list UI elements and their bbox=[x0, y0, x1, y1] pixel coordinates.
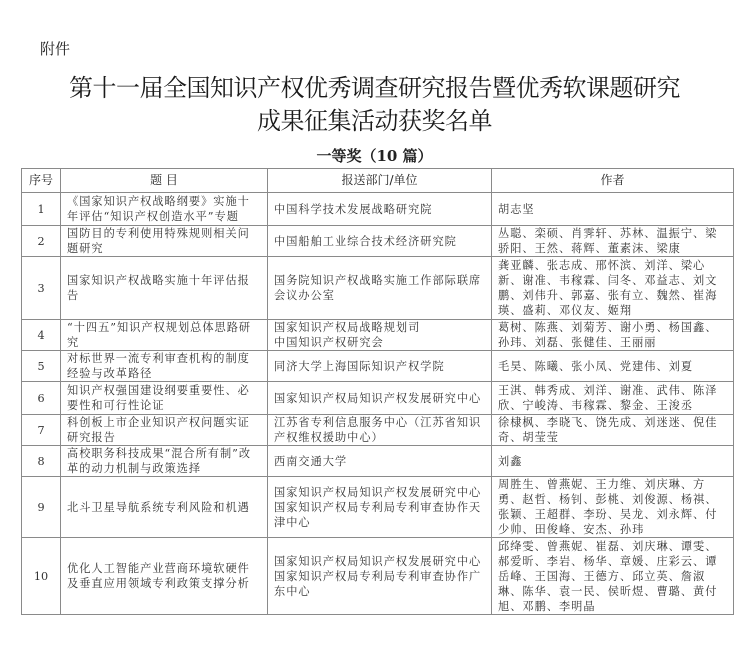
row-authors: 毛昊、陈曦、张小凤、党建伟、刘夏 bbox=[492, 351, 734, 382]
table-row: 10优化人工智能产业营商环境软硬件及垂直应用领域专利政策支撑分析国家知识产权局知… bbox=[22, 538, 734, 615]
row-department: 国家知识产权局知识产权发展研究中心 bbox=[268, 382, 492, 415]
table-row: 9北斗卫星导航系统专利风险和机遇国家知识产权局知识产权发展研究中心 国家知识产权… bbox=[22, 477, 734, 538]
row-number: 8 bbox=[22, 446, 61, 477]
row-number: 2 bbox=[22, 226, 61, 257]
row-number: 10 bbox=[22, 538, 61, 615]
table-row: 5对标世界一流专利审查机构的制度经验与改革路径同济大学上海国际知识产权学院毛昊、… bbox=[22, 351, 734, 382]
row-authors: 周胜生、曾燕妮、王力维、刘庆琳、方勇、赵哲、杨钊、彭桃、刘俊源、杨祺、张颖、王超… bbox=[492, 477, 734, 538]
header-number: 序号 bbox=[22, 169, 61, 193]
table-row: 1《国家知识产权战略纲要》实施十年评估“知识产权创造水平”专题中国科学技术发展战… bbox=[22, 193, 734, 226]
document-title-line2: 成果征集活动获奖名单 bbox=[0, 101, 749, 136]
row-topic: 国防目的专利使用特殊规则相关问题研究 bbox=[61, 226, 268, 257]
row-department: 西南交通大学 bbox=[268, 446, 492, 477]
row-number: 1 bbox=[22, 193, 61, 226]
row-topic: 高校职务科技成果“混合所有制”改革的动力机制与政策选择 bbox=[61, 446, 268, 477]
row-number: 6 bbox=[22, 382, 61, 415]
row-topic: 科创板上市企业知识产权问题实证研究报告 bbox=[61, 415, 268, 446]
row-number: 5 bbox=[22, 351, 61, 382]
table-row: 2国防目的专利使用特殊规则相关问题研究中国船舶工业综合技术经济研究院丛聪、栾硕、… bbox=[22, 226, 734, 257]
row-authors: 葛树、陈燕、刘菊芳、谢小勇、杨国鑫、孙玮、刘磊、张健佳、王丽丽 bbox=[492, 320, 734, 351]
row-department: 同济大学上海国际知识产权学院 bbox=[268, 351, 492, 382]
row-department: 国家知识产权局知识产权发展研究中心 国家知识产权局专利局专利审查协作广东中心 bbox=[268, 538, 492, 615]
row-number: 9 bbox=[22, 477, 61, 538]
row-department: 国家知识产权局战略规划司 中国知识产权研究会 bbox=[268, 320, 492, 351]
row-number: 3 bbox=[22, 257, 61, 320]
row-department: 江苏省专利信息服务中心（江苏省知识产权维权援助中心） bbox=[268, 415, 492, 446]
row-department: 国家知识产权局知识产权发展研究中心 国家知识产权局专利局专利审查协作天津中心 bbox=[268, 477, 492, 538]
row-number: 4 bbox=[22, 320, 61, 351]
row-topic: “十四五”知识产权规划总体思路研究 bbox=[61, 320, 268, 351]
row-authors: 邱绛雯、曾燕妮、崔磊、刘庆琳、谭雯、郝爱昕、李岩、杨华、章媛、庄彩云、谭岳峰、王… bbox=[492, 538, 734, 615]
document-title-line1: 第十一届全国知识产权优秀调查研究报告暨优秀软课题研究 bbox=[0, 68, 749, 103]
row-topic: 知识产权强国建设纲要重要性、必要性和可行性论证 bbox=[61, 382, 268, 415]
row-authors: 徐棣枫、李晓飞、饶先成、刘迷迷、倪佳奇、胡莹莹 bbox=[492, 415, 734, 446]
row-topic: 北斗卫星导航系统专利风险和机遇 bbox=[61, 477, 268, 538]
header-department: 报送部门/单位 bbox=[268, 169, 492, 193]
table-header-row: 序号 题 目 报送部门/单位 作者 bbox=[22, 169, 734, 193]
attachment-label: 附件 bbox=[40, 38, 70, 59]
row-authors: 龚亚麟、张志成、邢怀滨、刘洋、梁心新、谢准、韦稼霖、闫冬、邓益志、刘文鹏、刘伟升… bbox=[492, 257, 734, 320]
row-authors: 丛聪、栾硕、肖霁轩、苏林、温振宁、梁骄阳、王然、蒋辉、董素沫、梁康 bbox=[492, 226, 734, 257]
row-topic: 国家知识产权战略实施十年评估报告 bbox=[61, 257, 268, 320]
row-number: 7 bbox=[22, 415, 61, 446]
table-row: 4“十四五”知识产权规划总体思路研究国家知识产权局战略规划司 中国知识产权研究会… bbox=[22, 320, 734, 351]
row-authors: 刘鑫 bbox=[492, 446, 734, 477]
header-topic: 题 目 bbox=[61, 169, 268, 193]
table-row: 3国家知识产权战略实施十年评估报告国务院知识产权战略实施工作部际联席会议办公室龚… bbox=[22, 257, 734, 320]
table-row: 6知识产权强国建设纲要重要性、必要性和可行性论证国家知识产权局知识产权发展研究中… bbox=[22, 382, 734, 415]
header-authors: 作者 bbox=[492, 169, 734, 193]
row-authors: 胡志坚 bbox=[492, 193, 734, 226]
row-topic: 对标世界一流专利审查机构的制度经验与改革路径 bbox=[61, 351, 268, 382]
row-department: 中国科学技术发展战略研究院 bbox=[268, 193, 492, 226]
table-row: 7科创板上市企业知识产权问题实证研究报告江苏省专利信息服务中心（江苏省知识产权维… bbox=[22, 415, 734, 446]
row-department: 中国船舶工业综合技术经济研究院 bbox=[268, 226, 492, 257]
row-topic: 优化人工智能产业营商环境软硬件及垂直应用领域专利政策支撑分析 bbox=[61, 538, 268, 615]
award-heading: 一等奖（10 篇） bbox=[0, 145, 749, 166]
row-authors: 王淇、韩秀成、刘洋、谢准、武伟、陈泽欣、宁峻涛、韦稼霖、黎金、王浚丞 bbox=[492, 382, 734, 415]
award-table: 序号 题 目 报送部门/单位 作者 1《国家知识产权战略纲要》实施十年评估“知识… bbox=[21, 168, 734, 615]
row-department: 国务院知识产权战略实施工作部际联席会议办公室 bbox=[268, 257, 492, 320]
table-row: 8高校职务科技成果“混合所有制”改革的动力机制与政策选择西南交通大学刘鑫 bbox=[22, 446, 734, 477]
row-topic: 《国家知识产权战略纲要》实施十年评估“知识产权创造水平”专题 bbox=[61, 193, 268, 226]
